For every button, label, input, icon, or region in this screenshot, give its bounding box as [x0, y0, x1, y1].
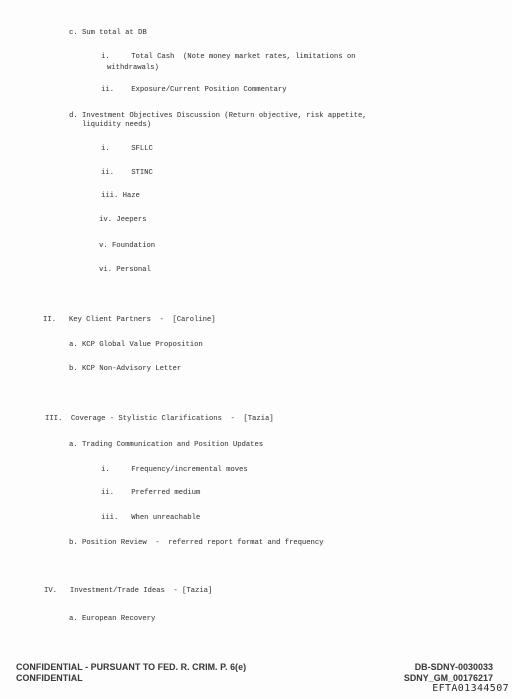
section-iii-coverage-clarifications: III. Coverage - Stylistic Clarifications… — [45, 415, 274, 424]
outline-d-iv-jeepers: iv. Jeepers — [99, 216, 146, 225]
outline-c-ii-exposure-commentary: ii. Exposure/Current Position Commentary — [101, 86, 286, 95]
outline-d-iii-haze: iii. Haze — [101, 192, 140, 201]
outline-d-v-foundation: v. Foundation — [99, 242, 155, 251]
outline-ii-b-kcp-non-advisory: b. KCP Non-Advisory Letter — [69, 365, 181, 374]
footer-confidential-label: CONFIDENTIAL — [16, 673, 83, 683]
footer-confidentiality-notice: CONFIDENTIAL - PURSUANT TO FED. R. CRIM.… — [16, 662, 246, 672]
outline-d-i-sfllc: i. SFLLC — [101, 145, 153, 154]
outline-d-investment-objectives: d. Investment Objectives Discussion (Ret… — [69, 112, 367, 121]
outline-iii-a-ii-preferred-medium: ii. Preferred medium — [101, 489, 200, 498]
outline-c-sum-total: c. Sum total at DB — [69, 29, 147, 38]
outline-iii-a-trading-communication: a. Trading Communication and Position Up… — [69, 441, 263, 450]
outline-iii-a-iii-when-unreachable: iii. When unreachable — [101, 514, 200, 523]
outline-ii-a-kcp-global-value: a. KCP Global Value Proposition — [69, 341, 203, 350]
outline-c-i-total-cash-wrap: withdrawals) — [107, 64, 159, 73]
outline-d-vi-personal: vi. Personal — [99, 266, 151, 275]
outline-d-ii-stinc: ii. STINC — [101, 169, 153, 178]
bates-number-sdny-gm: SDNY_GM_00176217 — [404, 673, 493, 683]
section-iv-investment-trade-ideas: IV. Investment/Trade Ideas - [Tazia] — [44, 587, 212, 596]
outline-iv-a-european-recovery: a. European Recovery — [69, 615, 155, 624]
outline-iii-a-i-frequency: i. Frequency/incremental moves — [101, 466, 248, 475]
scanned-document-page: c. Sum total at DB i. Total Cash (Note m… — [0, 0, 512, 699]
bates-number-db-sdny: DB-SDNY-0030033 — [415, 662, 493, 672]
outline-c-i-total-cash: i. Total Cash (Note money market rates, … — [101, 53, 355, 62]
outline-d-investment-objectives-wrap: liquidity needs) — [82, 121, 151, 130]
bates-stamp-efta: EFTA01344507 — [432, 683, 509, 694]
section-ii-key-client-partners: II. Key Client Partners - [Caroline] — [43, 316, 216, 325]
outline-iii-b-position-review: b. Position Review - referred report for… — [69, 539, 323, 548]
